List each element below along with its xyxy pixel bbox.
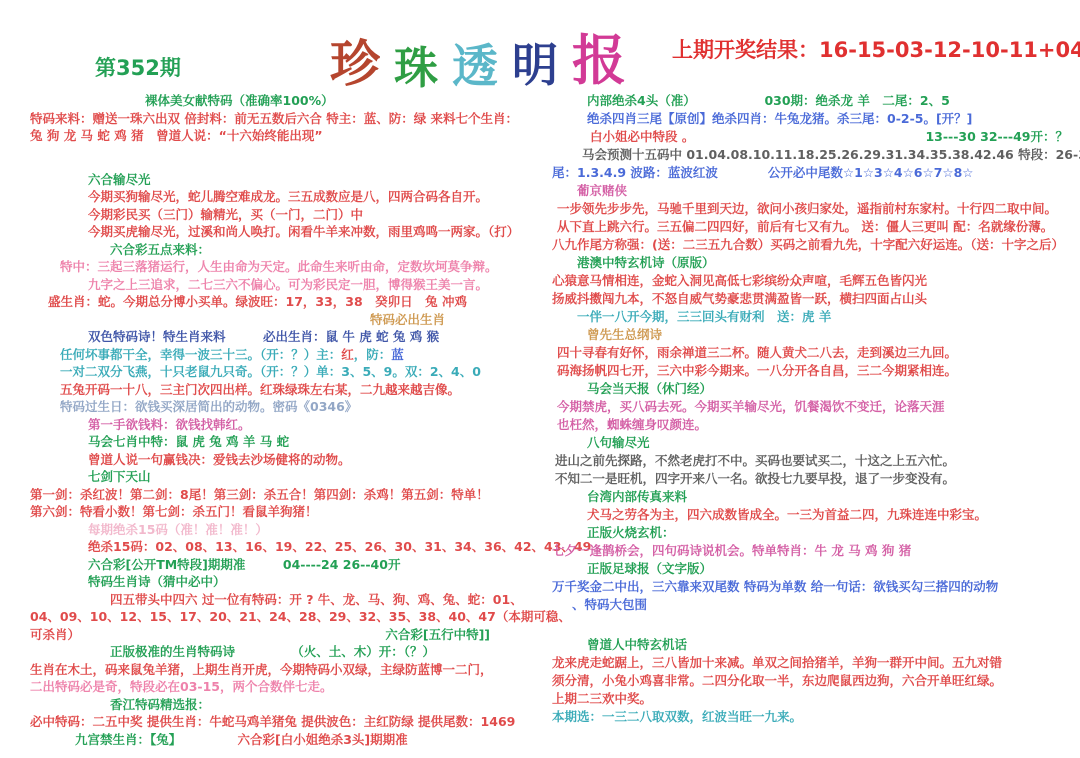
text-line: 可杀肖）六合彩[五行中特]] — [30, 626, 538, 644]
text-line: 曾道人中特玄机话 — [552, 636, 1076, 654]
text-line: 特码必出生肖 — [30, 311, 538, 329]
title-char: 报 — [572, 18, 640, 95]
text-line: 必中特码：二五中奖 提供生肖：牛蛇马鸡羊猪兔 提供波色：主红防绿 提供尾数：14… — [30, 713, 538, 731]
text-line: 生肖在木土，码来鼠兔羊猪，上期生肖开虎，今期特码小双绿，主绿防蓝博一二门， — [30, 661, 538, 679]
text-line: 盛生肖：蛇。今期总分博小买单。绿波旺：17，33，38 癸卯日 兔 冲鸡 — [30, 293, 538, 311]
text-line: 特中：三起三落猪运行，人生由命为天定。此命生来听由命，定数坎坷莫争辩。 — [30, 258, 538, 276]
title-char: 明 — [512, 29, 572, 95]
text-line: 九宫禁生肖：【兔】 六合彩[白小姐绝杀3头]期期准 — [30, 731, 538, 749]
text-line: 任何坏事都干全，幸得一波三十三。（开：？）主：红，防：蓝 — [30, 346, 538, 364]
text-line: 一步领先步步先，马驰千里到天边，欲问小孩归家处，遥指前村东家村。十行四二取中间。 — [552, 200, 1076, 218]
text-line: 九字之上三追求，二七三六不偏心。可为彩民定一胆，博得猴王美一言。 — [30, 276, 538, 294]
text-line: 特码来料：赠送一珠六出双 倍封料：前无五数后六合 特主：蓝、防：绿 来料七个生肖… — [30, 110, 538, 128]
text-line: 马会预测十五码中 01.04.08.10.11.18.25.26.29.31.3… — [552, 146, 1076, 164]
text-line: 本期选：一三二八取双数，红波当旺一九来。 — [552, 708, 1076, 726]
text-line: 七夕一逢鹊桥会，四句码诗说机会。特单特肖：牛 龙 马 鸡 狗 猪 — [552, 542, 1076, 560]
text-line: 特码过生日：欲钱买深居简出的动物。密码《0346》 — [30, 398, 538, 416]
text-line: 马会当天报（休门经） — [552, 380, 1076, 398]
text-line: 今期买虎输尽光，过溪和尚人唤打。闲看牛羊来冲数，雨里鸡鸣一两家。（打） — [30, 223, 538, 241]
text-line: 第六剑：特看小数！第七剑：杀五门！看鼠羊狗猪！ — [30, 503, 538, 521]
text-line: 八句输尽光 — [552, 434, 1076, 452]
text-line: 尾：1.3.4.9 波路：蓝波红波 公开必中尾数☆1☆3☆4☆6☆7☆8☆ — [552, 164, 1076, 182]
text-line: 台湾内部传真来料 — [552, 488, 1076, 506]
text-line: 万千奖金二中出，三六靠来双尾数 特码为单数 给一句话：欲钱买勾三搭四的动物 — [552, 578, 1076, 596]
page-title: 珍珠透明报 — [330, 18, 640, 95]
text-line: 从下直上跳六行。三五偏二四四好，前后有七又有九。 送：僵人三更叫 配：名就缘份薄… — [552, 218, 1076, 236]
text-line: 第一剑：杀红波！第二剑：8尾！第三剑：杀五合！第四剑：杀鸡！第五剑：特单！ — [30, 486, 538, 504]
text-line: 每期绝杀15码（准！准！准！） — [30, 521, 538, 539]
text-line: 正版足球报（文字版） — [552, 560, 1076, 578]
text-line: 正版火烧玄机： — [552, 524, 1076, 542]
title-char: 透 — [452, 30, 512, 96]
right-column: 内部绝杀4头（准） 030期：绝杀龙 羊 二尾：2、5绝杀四肖三尾【原创】绝杀四… — [552, 92, 1076, 726]
text-line: 裸体美女献特码（准确率100%） — [30, 92, 538, 110]
text-line: 不知二一是旺机，四字开来八一名。欲投七九要早投，退了一步变没有。 — [552, 470, 1076, 488]
text-line: 一对二双分飞燕，十只老鼠九只奇。（开：？）单：3、5、9。双：2、4、0 — [30, 363, 538, 381]
text-line: 进山之前先探路，不然老虎打不中。买码也要试买二，十这之上五六忙。 — [552, 452, 1076, 470]
text-line: 今期禁虎，买八码去死。今期买羊输尽光，饥餐渴饮不变迁，论落天涯 — [552, 398, 1076, 416]
text-line: 犬马之劳各为主，四六成数皆成全。一三为首益二四，九珠连连中彩宝。 — [552, 506, 1076, 524]
text-line: 五兔开码一十八，三主门次四出样。红珠绿珠左右某，二九越来越吉像。 — [30, 381, 538, 399]
text-line: 第一手欲钱料：欲钱找韩红。 — [30, 416, 538, 434]
text-line: 内部绝杀4头（准） 030期：绝杀龙 羊 二尾：2、5 — [552, 92, 1076, 110]
text-line: 也枉然，蜘蛛缠身叹颜连。 — [552, 416, 1076, 434]
text-line: 双色特码诗！特生肖来料 必出生肖：鼠 牛 虎 蛇 兔 鸡 猴 — [30, 328, 538, 346]
title-char: 珍 — [330, 24, 394, 96]
text-line: 扬威抖擞闯九本，不怒自威气势豪悲贯满盈皆一跃，横扫四面占山头 — [552, 290, 1076, 308]
text-line: 04、09、10、12、15、17、20、21、24、28、29、32、35、3… — [30, 608, 538, 626]
text-line: 白小姐必中特段 。13---30 32---49开：？ — [552, 128, 1076, 146]
text-line: 心猿意马情相连，金蛇入洞见高低七彩缤纷众声喧，毛辉五色皆闪光 — [552, 272, 1076, 290]
text-line: 港澳中特玄机诗（原版） — [552, 254, 1076, 272]
text-line: 曾道人说一句赢钱决：爱钱去沙场健将的动物。 — [30, 451, 538, 469]
text-line: 今期买狗输尽光，蛇儿腾空难成龙。三五成数应是八，四两合码各自开。 — [30, 188, 538, 206]
page-header: 第352期 珍珠透明报 上期开奖结果：16-15-03-12-10-11+04 — [0, 0, 1080, 92]
text-line: 六合输尽光 — [30, 171, 538, 189]
text-line: 六合彩五点来料： — [30, 241, 538, 259]
text-line: 绝杀四肖三尾【原创】绝杀四肖：牛兔龙猪。杀三尾：0-2-5。[开？] — [552, 110, 1076, 128]
text-line: 一伴一八开今期，三三回头有财利 送：虎 羊 — [552, 308, 1076, 326]
text-line: 今期彩民买（三门）输精光，买（一门，二门）中 — [30, 206, 538, 224]
text-line: 四十寻春有好怀，雨余禅道三二杯。随人黄犬二八去，走到溪边三九回。 — [552, 344, 1076, 362]
left-column: 裸体美女献特码（准确率100%）特码来料：赠送一珠六出双 倍封料：前无五数后六合… — [30, 92, 538, 748]
text-line: 绝杀15码：02、08、13、16、19、22、25、26、30、31、34、3… — [30, 538, 538, 556]
text-line: 香江特码精选报： — [30, 696, 538, 714]
text-line: 上期二三欢中奖。 — [552, 690, 1076, 708]
text-line: 二出特码必是奇，特段必在03-15，两个合数伴七走。 — [30, 678, 538, 696]
text-line: 正版极准的生肖特码诗 （火、土、木）开：（？） — [30, 643, 538, 661]
text-line: 四五带头中四六 过一位有特码：开 ? 牛、龙、马、狗、鸡、兔、蛇：01、 — [30, 591, 538, 609]
text-line: 龙来虎走蛇踞上，三八皆加十来减。单双之间拾猪羊，羊狗一群开中间。五九对错 — [552, 654, 1076, 672]
text-line: 葡京赌侠 — [552, 182, 1076, 200]
title-char: 珠 — [394, 32, 452, 96]
issue-number: 第352期 — [95, 52, 181, 82]
text-line: 、特码大包围 — [552, 596, 1076, 614]
text-line: 六合彩[公开TM特段]期期准 04----24 26--40开 — [30, 556, 538, 574]
text-line: 码海扬帆四七开，三六中彩今期来。一八分开各自昌，三二今期紧相连。 — [552, 362, 1076, 380]
text-line: 须分清，小兔小鸡喜非常。二四分化取一半，东边爬鼠西边狗，六合开单旺红绿。 — [552, 672, 1076, 690]
text-line: 七剑下天山 — [30, 468, 538, 486]
text-line: 八九作尾方称强：(送：二三五九合数）买码之前看九先，十字配六好运连。（送：十字之… — [552, 236, 1076, 254]
text-line: 兔 狗 龙 马 蛇 鸡 猪 曾道人说：“十六始终能出现” — [30, 127, 538, 145]
text-line: 特码生肖诗（猜中必中） — [30, 573, 538, 591]
text-line: 马会七肖中特：鼠 虎 兔 鸡 羊 马 蛇 — [30, 433, 538, 451]
last-draw-result: 上期开奖结果：16-15-03-12-10-11+04 — [672, 34, 1080, 64]
text-line: 曾先生总纲诗 — [552, 326, 1076, 344]
